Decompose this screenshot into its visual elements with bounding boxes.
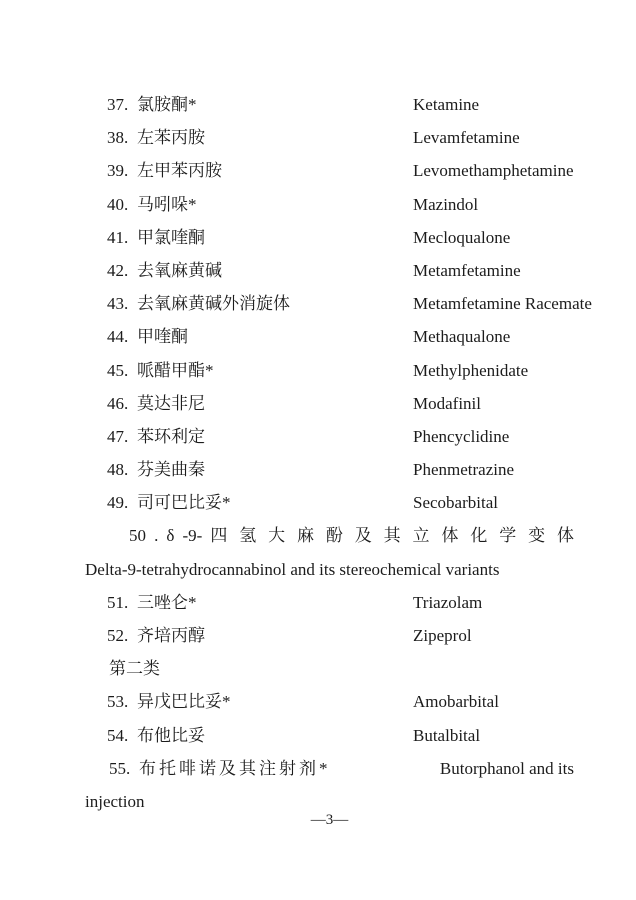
continuation-line: Delta-9-tetrahydrocannabinol and its ste…	[85, 553, 574, 586]
item-number: 48.	[107, 453, 137, 486]
item-name-chinese: 齐培丙醇	[137, 626, 205, 645]
item-number: 46.	[107, 387, 137, 420]
list-item-wrapped: 55.布托啡诺及其注射剂*Butorphanol and its	[85, 752, 574, 785]
item-name-chinese: 芬美曲秦	[137, 460, 205, 479]
item-name-chinese: 布托啡诺及其注射剂*	[139, 759, 331, 778]
item-number: 45.	[107, 354, 137, 387]
item-name-chinese: 去氧麻黄碱	[137, 261, 222, 280]
item-name-english: Levamfetamine	[413, 121, 520, 154]
item-name-english: Phenmetrazine	[413, 453, 514, 486]
list-item-justified: 50 . δ -9- 四 氢 大 麻 酚 及 其 立 体 化 学 变 体	[129, 519, 574, 552]
item-name-english: Butalbital	[413, 719, 480, 752]
item-number: 47.	[107, 420, 137, 453]
item-name-english: Modafinil	[413, 387, 481, 420]
list-item: 42.去氧麻黄碱Metamfetamine	[85, 254, 574, 287]
item-name-english: Mecloqualone	[413, 221, 510, 254]
item-name-chinese: 甲喹酮	[137, 327, 188, 346]
item-name-english: Phencyclidine	[413, 420, 509, 453]
item-number: 39.	[107, 154, 137, 187]
item-name-english: Metamfetamine	[413, 254, 521, 287]
list-item: 43.去氧麻黄碱外消旋体Metamfetamine Racemate	[85, 287, 574, 320]
list-item: 49.司可巴比妥*Secobarbital	[85, 486, 574, 519]
list-item: 46.莫达非尼Modafinil	[85, 387, 574, 420]
item-number: 43.	[107, 287, 137, 320]
item-number: 52.	[107, 619, 137, 652]
item-name-english: Amobarbital	[413, 685, 499, 718]
item-number: 54.	[107, 719, 137, 752]
item-name-english: Butorphanol and its	[440, 752, 574, 785]
item-name-chinese: 苯环利定	[137, 427, 205, 446]
list-item: 52.齐培丙醇Zipeprol	[85, 619, 574, 652]
list-item: 44.甲喹酮Methaqualone	[85, 320, 574, 353]
item-name-chinese: 马吲哚*	[137, 195, 197, 214]
item-name-chinese: 氯胺酮*	[137, 95, 197, 114]
item-name-chinese: 哌醋甲酯*	[137, 361, 214, 380]
item-name-english: Methylphenidate	[413, 354, 528, 387]
item-left-group: 55.布托啡诺及其注射剂*	[109, 752, 331, 785]
item-name-chinese: 左苯丙胺	[137, 128, 205, 147]
substance-list: 37.氯胺酮*Ketamine38.左苯丙胺Levamfetamine39.左甲…	[0, 0, 636, 818]
item-name-chinese: 三唑仑*	[137, 593, 197, 612]
section-heading: 第二类	[85, 652, 574, 685]
item-name-chinese: 莫达非尼	[137, 394, 205, 413]
item-number: 44.	[107, 320, 137, 353]
list-item: 39.左甲苯丙胺Levomethamphetamine	[85, 154, 574, 187]
list-item: 45.哌醋甲酯*Methylphenidate	[85, 354, 574, 387]
item-number: 37.	[107, 88, 137, 121]
item-name-english: Levomethamphetamine	[413, 154, 574, 187]
list-item: 40.马吲哚*Mazindol	[85, 188, 574, 221]
list-item: 48.芬美曲秦Phenmetrazine	[85, 453, 574, 486]
item-number: 38.	[107, 121, 137, 154]
page-number-footer: —3—	[85, 810, 574, 830]
item-name-english: Methaqualone	[413, 320, 510, 353]
item-name-chinese: 甲氯喹酮	[137, 228, 205, 247]
document-page: 37.氯胺酮*Ketamine38.左苯丙胺Levamfetamine39.左甲…	[0, 0, 636, 900]
item-name-chinese: 异戊巴比妥*	[137, 692, 231, 711]
item-name-english: Mazindol	[413, 188, 478, 221]
item-name-chinese: 布他比妥	[137, 726, 205, 745]
item-name-chinese: 司可巴比妥*	[137, 493, 231, 512]
list-item: 37.氯胺酮*Ketamine	[85, 88, 574, 121]
item-number: 51.	[107, 586, 137, 619]
item-number: 41.	[107, 221, 137, 254]
item-name-english: Triazolam	[413, 586, 482, 619]
item-number: 42.	[107, 254, 137, 287]
item-name-english: Secobarbital	[413, 486, 498, 519]
list-item: 53.异戊巴比妥*Amobarbital	[85, 685, 574, 718]
item-number: 40.	[107, 188, 137, 221]
list-item: 38.左苯丙胺Levamfetamine	[85, 121, 574, 154]
item-name-english: Zipeprol	[413, 619, 472, 652]
list-item: 47.苯环利定Phencyclidine	[85, 420, 574, 453]
item-number: 53.	[107, 685, 137, 718]
list-item: 54.布他比妥Butalbital	[85, 719, 574, 752]
list-item: 51.三唑仑*Triazolam	[85, 586, 574, 619]
item-name-english: Metamfetamine Racemate	[413, 287, 592, 320]
item-name-chinese: 去氧麻黄碱外消旋体	[137, 294, 290, 313]
item-name-chinese: 左甲苯丙胺	[137, 161, 222, 180]
item-number: 49.	[107, 486, 137, 519]
list-item: 41.甲氯喹酮Mecloqualone	[85, 221, 574, 254]
item-name-english: Ketamine	[413, 88, 479, 121]
item-number: 55.	[109, 752, 139, 785]
